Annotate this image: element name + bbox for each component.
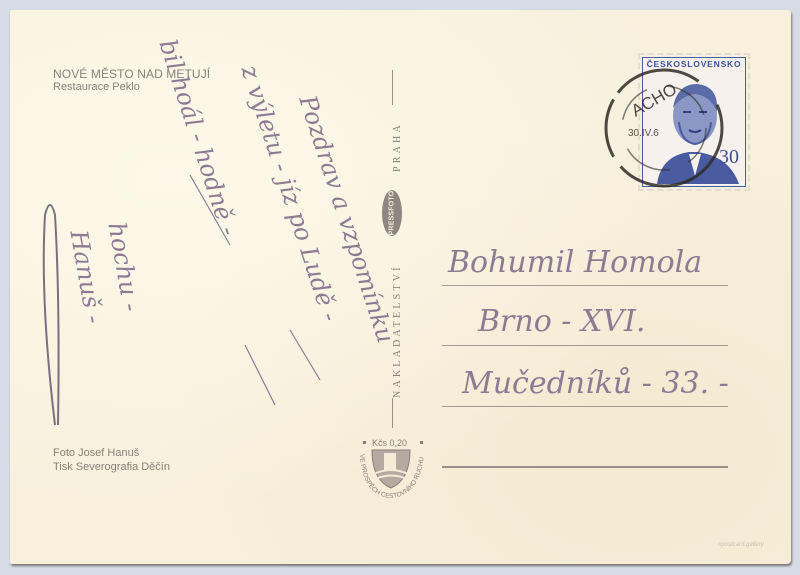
print-credit: Tisk Severografia Děčín [53,461,170,473]
address-line-3 [442,406,728,407]
photo-credit: Foto Josef Hanuš [53,447,139,459]
address-city: Brno - XVI. [478,304,645,339]
address-line-4 [442,466,728,468]
address-line-1 [442,285,728,286]
address-street: Mučedníků - 33. - [462,366,729,401]
castle-emblem-icon: Kčs 0,20 VE PROSPĚCH CESTOVNÍHO RUCHU [352,436,430,498]
pressfoto-logo-text: PRESSFOTO [389,191,396,236]
watermark-text: #postcard.gallery [718,542,764,548]
postmark-icon: ACHO 30.IV.6 [598,64,728,198]
postmark-date: 30.IV.6 [628,128,659,139]
center-divider-bottom [392,398,393,428]
publisher-right-text: PRAHA [392,122,403,172]
postmark-town: ACHO [628,79,680,120]
emblem-price: Kčs 0,20 [372,438,407,448]
center-divider-top [392,70,393,105]
stamp-unit: h [729,168,733,177]
location-subtitle: Restaurace Peklo [53,81,140,93]
address-line-2 [442,345,728,346]
address-recipient: Bohumil Homola [448,245,702,280]
pressfoto-logo: PRESSFOTO [382,190,402,236]
